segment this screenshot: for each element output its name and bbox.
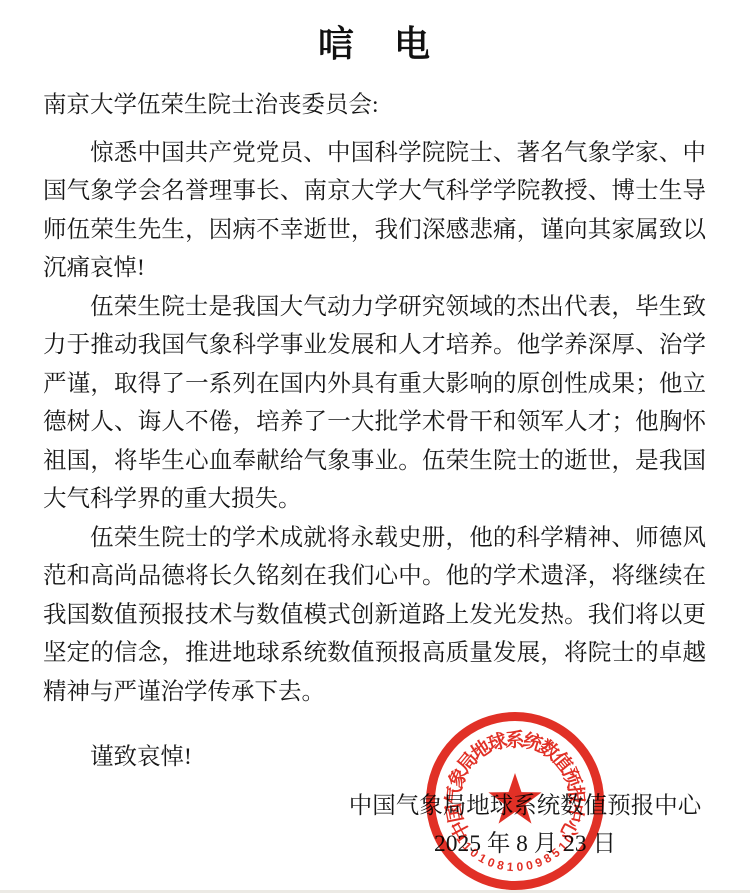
closing-line: 谨致哀悼! xyxy=(43,738,706,777)
letter-line: 祖国，将毕生心血奉献给气象事业。伍荣生院士的逝世，是我国 xyxy=(43,442,706,481)
letter-line: 惊悉中国共产党党员、中国科学院院士、著名气象学家、中 xyxy=(43,134,706,173)
letter-line: 伍荣生院士是我国大气动力学研究领域的杰出代表，毕生致 xyxy=(43,288,706,327)
letter-line: 精神与严谨治学传承下去。 xyxy=(43,673,706,712)
letter-line: 坚定的信念，推进地球系统数值预报高质量发展，将院士的卓越 xyxy=(43,634,706,673)
letter-line: 范和高尚品德将长久铭刻在我们心中。他的学术遗泽，将继续在 xyxy=(43,557,706,596)
page-title: 唁 电 xyxy=(0,16,750,67)
letter-line: 大气科学界的重大损失。 xyxy=(43,480,706,519)
letter-line: 德树人、诲人不倦，培养了一大批学术骨干和领军人才；他胸怀 xyxy=(43,403,706,442)
condolence-letter-page: 唁 电 南京大学伍荣生院士治丧委员会: 惊悉中国共产党党员、中国科学院院士、著名… xyxy=(0,0,750,893)
salutation: 南京大学伍荣生院士治丧委员会: xyxy=(43,86,706,125)
signature-org: 中国气象局地球系统数值预报中心 xyxy=(344,787,706,825)
letter-line: 严谨，取得了一系列在国内外具有重大影响的原创性成果；他立 xyxy=(43,365,706,404)
letter-line: 师伍荣生先生，因病不幸逝世，我们深感悲痛，谨向其家属致以 xyxy=(43,211,706,250)
letter-line: 伍荣生院士的学术成就将永载史册，他的科学精神、师德风 xyxy=(43,519,706,558)
letter-body: 南京大学伍荣生院士治丧委员会: 惊悉中国共产党党员、中国科学院院士、著名气象学家… xyxy=(43,86,706,777)
letter-line: 力于推动我国气象科学事业发展和人才培养。他学养深厚、治学 xyxy=(43,326,706,365)
letter-line: 沉痛哀悼! xyxy=(43,249,706,288)
letter-line: 国气象学会名誉理事长、南京大学大气科学学院教授、博士生导 xyxy=(43,172,706,211)
letter-line: 我国数值预报技术与数值模式创新道路上发光发热。我们将以更 xyxy=(43,596,706,635)
signature-date: 2025 年 8 月 23 日 xyxy=(344,825,706,863)
signature-block: 中国气象局地球系统数值预报中心 2025 年 8 月 23 日 xyxy=(344,787,706,863)
